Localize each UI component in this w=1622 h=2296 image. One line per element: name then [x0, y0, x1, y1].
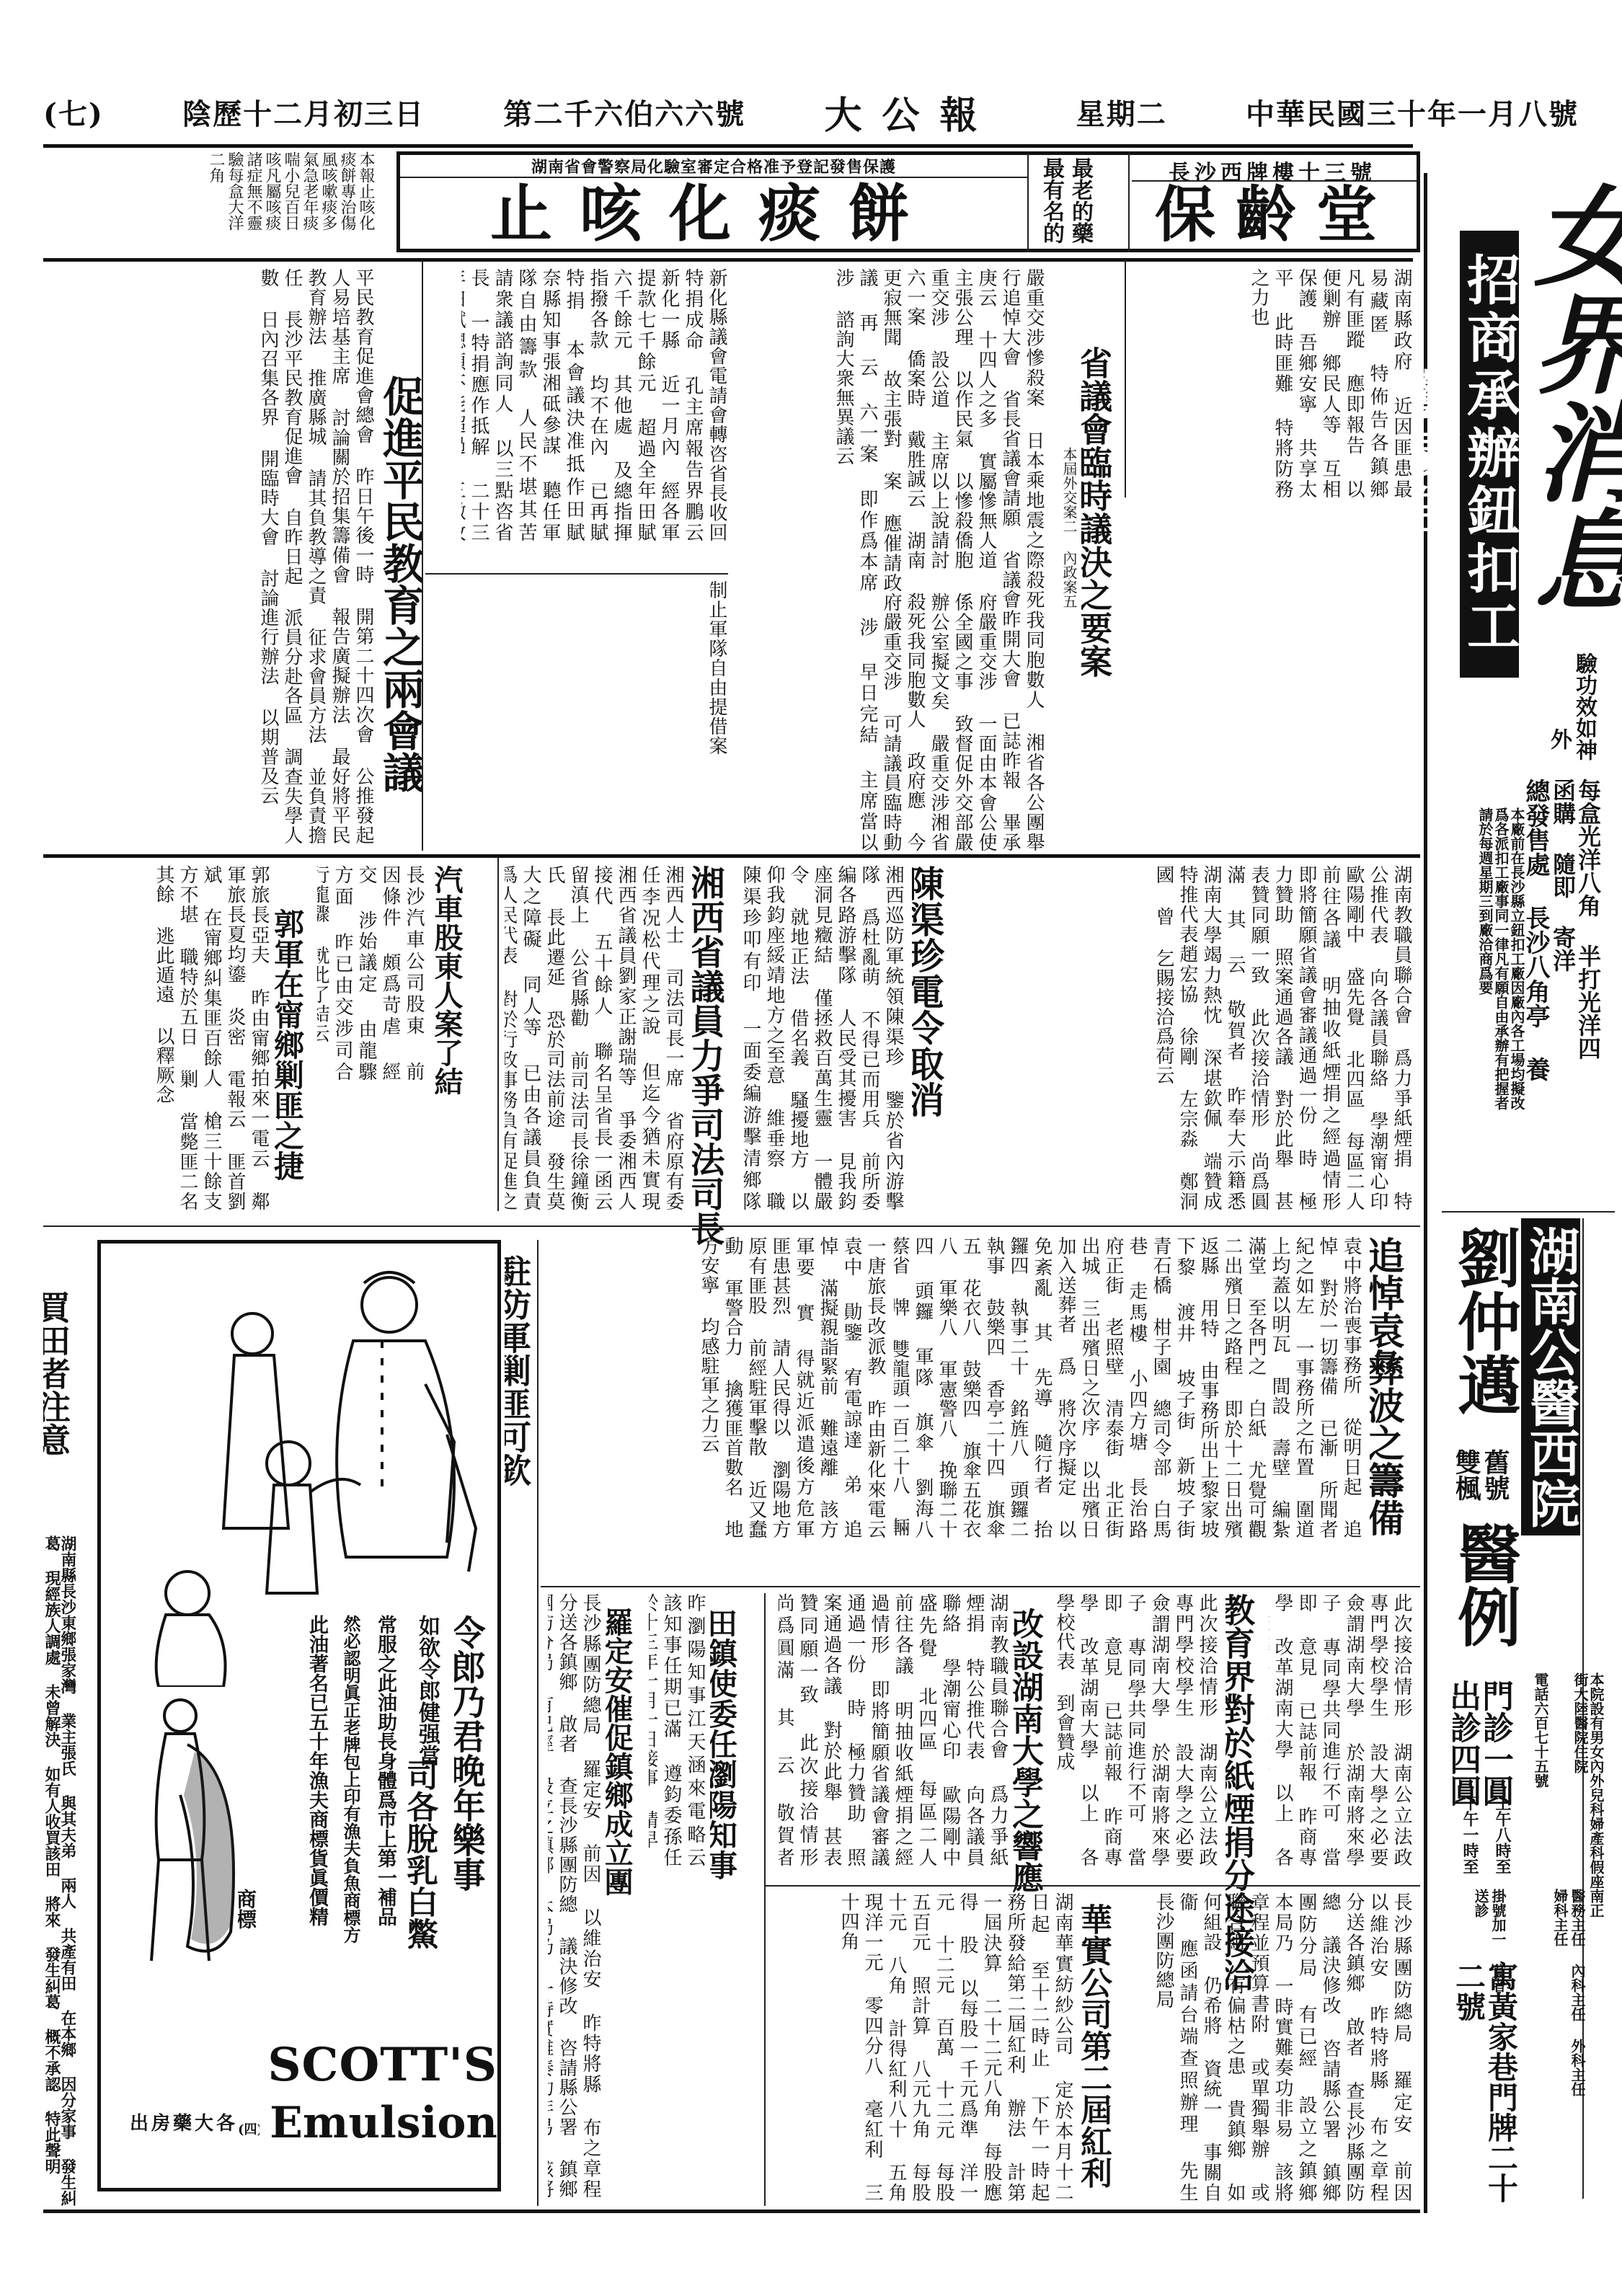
hospital-banner: 湖南公醫西院廣告 — [1521, 1218, 1580, 1535]
paper-name: 大公報 — [825, 85, 998, 139]
doctor-sub-1: 舊號 — [1485, 1449, 1514, 1507]
divider — [43, 854, 1420, 858]
scott-trademark-label: 商標 — [238, 1889, 260, 1954]
divider — [497, 858, 499, 1211]
baoling-product-banner: 湖南省會警察局化驗室審定合格准予登記發售保護 — [404, 155, 1024, 175]
article-chen-quzhen: 湘西巡防軍統領陳渠珍 鑒於省內游擊隊 爲杜亂萌 不得已而用兵 前所委編各路游擊隊… — [739, 865, 905, 1211]
divider — [43, 2209, 1420, 2213]
lunar-date: 陰歷十二月初三日 — [182, 92, 425, 133]
divider — [764, 1885, 1420, 1887]
price-line: 每盒光洋八角 半打光洋四元 — [1579, 779, 1605, 1067]
divider — [43, 144, 1413, 148]
scott-brand-en-2: Emulsion — [252, 2098, 497, 2148]
headline-car-case: 汽車股東人案了結 — [433, 865, 467, 1110]
headline-provincial-assembly: 省議會臨時議決之要案 — [1081, 346, 1117, 692]
article-hunan-university: 此次接洽情形 湖南公立法政專門學校學生 設大學之必要 僉謂湖南大學 於湖南將來學… — [1052, 1593, 1218, 1867]
article-xiangxi-assembly: 湘西人士 司法司長一席 省府原有委任李况松代理之說 但迄今猶未實現 湘西省議員劉… — [505, 865, 685, 1211]
headline-memorial-yuan: 追悼袁彝波之籌備 — [1370, 1236, 1409, 1568]
hospital-phone: 電話六百七十五號 — [1528, 1672, 1550, 1845]
article-education-meetings: 平民教育促進會總會 昨日午後一時 開第二十四次會 公推發起人易培基主席 討論關於… — [43, 268, 375, 845]
article-huashi-dividend: 湖南華實紡紗公司 定於本月十二日起 至十二時止 下午一時起 務所發給第二屆紅利 … — [771, 1892, 1074, 2202]
scott-ad-line2: 常服之此油助長身體爲市上第一補品 — [375, 1615, 399, 1954]
doctor-name: 劉仲邁 — [1453, 1225, 1517, 1442]
baoling-shop-name: 保齡堂 — [1139, 180, 1413, 249]
purchase-line: 函購 隨即 寄洋 — [1554, 779, 1579, 1067]
article-school-printing: 湖南教職員聯合會 爲力爭紙煙捐 特公推代表 向各議員聯絡 學潮甯心印 歐陽剛中 … — [959, 865, 1413, 1211]
divider — [541, 1586, 1420, 1587]
issue-number: 第二千六伯六六號 — [503, 92, 745, 133]
hospital-staff: 醫務主任 內科主任 外科主任 婦科主任 — [1528, 1889, 1586, 2105]
divider — [764, 1593, 766, 2206]
headline-education-meetings: 促進平民教育之兩會議 — [378, 375, 422, 843]
byline-provincial-assembly: 本屆外交案二 內政案五 — [1052, 447, 1078, 620]
article-hunan-university-cont: 湖南教職員聯合會 爲力爭紙煙捐 特公推代表 向各議員聯絡 學潮甯心印 歐陽剛中 … — [779, 1593, 1009, 1867]
headline-luo-dingan: 羅定安催促鎮鄉成立團防 — [606, 1608, 637, 1910]
baoling-address: 長沙西牌樓十三號 — [1135, 155, 1409, 180]
baoling-slogan-1: 最老的藥房 — [1067, 157, 1096, 247]
inverse-banner: 招商承辦鈕扣工藝廣告 — [1460, 231, 1519, 678]
divider — [1442, 1211, 1615, 1213]
article-right-top-continuation: 湖南縣政府 近因匪患最易藏匿 特佈告各鎮鄉 凡有匪蹤 應即報告 以便剿辦 鄉民人… — [1132, 268, 1413, 499]
divider — [43, 258, 1413, 262]
article-xinhua-county: 新化縣議會電請會轉咨省長收回特捐成命 孔主席報告界鵬云 新化一縣 近一月內 經各… — [461, 268, 728, 542]
headline-chen-quzhen: 陳渠珍電令取消游擊隊 — [912, 865, 949, 1139]
divider — [1128, 151, 1130, 252]
headline-hunan-university: 改設湖南大學之響應 — [1013, 1608, 1047, 1925]
doctor-residence: 寓黃家巷門牌二十二號 — [1453, 1961, 1517, 2206]
scott-ad-line3: 然必認明眞正老牌包上印有漁夫負魚商標方是眞貨 — [339, 1615, 363, 1954]
page-number: (七) — [43, 92, 104, 133]
doctor-sub-2: 雙楓 — [1456, 1449, 1485, 1507]
headline-buyers-notice: 買田者注意 — [43, 1290, 76, 1528]
top-left-ad-text: 本報止咳化痰餅專治傷風咳嗽痰多氣急老年痰喘小兒百日咳凡屬咳痰諸症無不靈驗每盒大洋… — [50, 151, 375, 245]
baoling-product-name: 止咳化痰餅 — [404, 179, 1024, 249]
headline-liuyang-magistrate: 田鎮使委任瀏陽知事 — [710, 1608, 742, 1881]
hours-am: 上午八時至十二時 — [1492, 1795, 1514, 1881]
hours-pm: 下午一時至六時 — [1460, 1795, 1481, 1881]
headline-bandit-suppression: 郭軍在甯鄉剿匪之捷電 — [274, 908, 309, 1197]
scott-ad-line4: 此油著名已五十年漁夫商標貨眞價精 — [306, 1615, 331, 1954]
article-buyers-notice: 湖南縣長沙東鄉張家灣 業主張氏 與其夫弟 兩人 共產有田 在本鄉 因分家事 發生… — [43, 1535, 76, 2206]
article-xinhua-county-2: 制止軍隊自由提借案 — [433, 580, 728, 847]
article-liuyang-magistrate: 昨瀏陽知事江天涵來電略云 該知事任期已滿 遵鈞委孫任 於十三年一月一日接事 請早 — [649, 1593, 706, 1867]
headline-defense-army: 駐防軍剿匪可欽 — [505, 1254, 536, 1492]
scott-ad-title: 令郎乃君晚年樂事 — [454, 1615, 490, 1954]
scott-seller: 各大藥房出售 — [115, 2109, 238, 2137]
republic-date: 中華民國三十年一月八號 — [1246, 92, 1579, 133]
scott-ad-code: (四) — [238, 2119, 260, 2148]
divider — [425, 573, 728, 575]
article-luo-dingan: 長沙縣團防總局 羅定安 前因 以維治安 昨特將縣 布之章程 分送各鎮鄉 啟者 查… — [548, 1593, 602, 2199]
weekday: 星期二 — [1076, 92, 1167, 133]
divider — [1027, 151, 1029, 252]
agent-line: 總發售處 長沙八角亭 養天和藥局 — [1525, 779, 1554, 1081]
divider — [43, 1225, 1420, 1227]
divider — [537, 1240, 539, 2206]
factory-notice: 本廠前在長沙縣立鈕扣工廠因廠內各工場均擬改爲各派扣工廠事同一律凡有願自由承辦有把… — [1445, 807, 1525, 1110]
article-education-tax: 此次接洽情形 湖南公立法政專門學校學生 設大學之必要 僉謂湖南大學 於湖南將來學… — [1269, 1593, 1413, 1867]
masthead: 中華民國三十年一月八號 星期二 大公報 第二千六伯六六號 陰歷十二月初三日 (七… — [43, 87, 1579, 137]
article-memorial-yuan: 袁中將治喪事務所 從明日起 追悼 對於一切籌備 已漸 所聞者 紀之如左 一事務所… — [894, 1236, 1362, 1539]
doctor-title: 醫例 — [1453, 1521, 1517, 1665]
article-provincial-assembly: 嚴重交涉慘殺案 日本乘地震之際殺死我同胞數人 湘省各公團舉行追悼大會 省長省議會… — [735, 268, 1045, 852]
scott-ad-line1: 如欲令郎健强當將 — [418, 1615, 443, 1773]
article-car-case: 長沙汽車公司股東 前因條件 頗爲苛虐 經交 涉始議定 由龍驟方面 昨已由交涉司合… — [317, 865, 425, 1081]
headline-huashi-dividend: 華實公司第二屆紅利 — [1081, 1903, 1116, 2206]
article-luo-dingan-cont: 長沙縣團防總局 羅定安 前因 以維治安 昨特將縣 布之章程 分送各鎮鄉 啟者 查… — [1139, 1892, 1413, 2202]
divider — [422, 260, 423, 851]
scott-product-cn: 司各脫乳白鱉魚肝油 — [407, 1759, 442, 1975]
scott-brand-en-1: SCOTT'S — [252, 2040, 497, 2091]
article-memorial-yuan-cont: 一唐旅長改派教 昨由新化來電云 袁中 勛鑒 宥電諒達 弟 追悼 滿擬親詣緊前 難… — [548, 1236, 887, 1539]
hospital-text: 本院設有男女內外兒科婦產科假座南正街大陸醫院住院 — [1561, 1672, 1604, 1918]
article-bandit-suppression: 郭旅長亞夫 昨由甯鄉拍來一電云 鄰軍旅長夏均鎏 炎密 電報云 匪首劉斌 在甯鄉糾… — [43, 865, 270, 1211]
baoling-slogan-2: 最有名的良藥 — [1038, 157, 1067, 247]
divider — [1125, 260, 1126, 497]
efficacy-extra: 外 — [1550, 728, 1574, 771]
